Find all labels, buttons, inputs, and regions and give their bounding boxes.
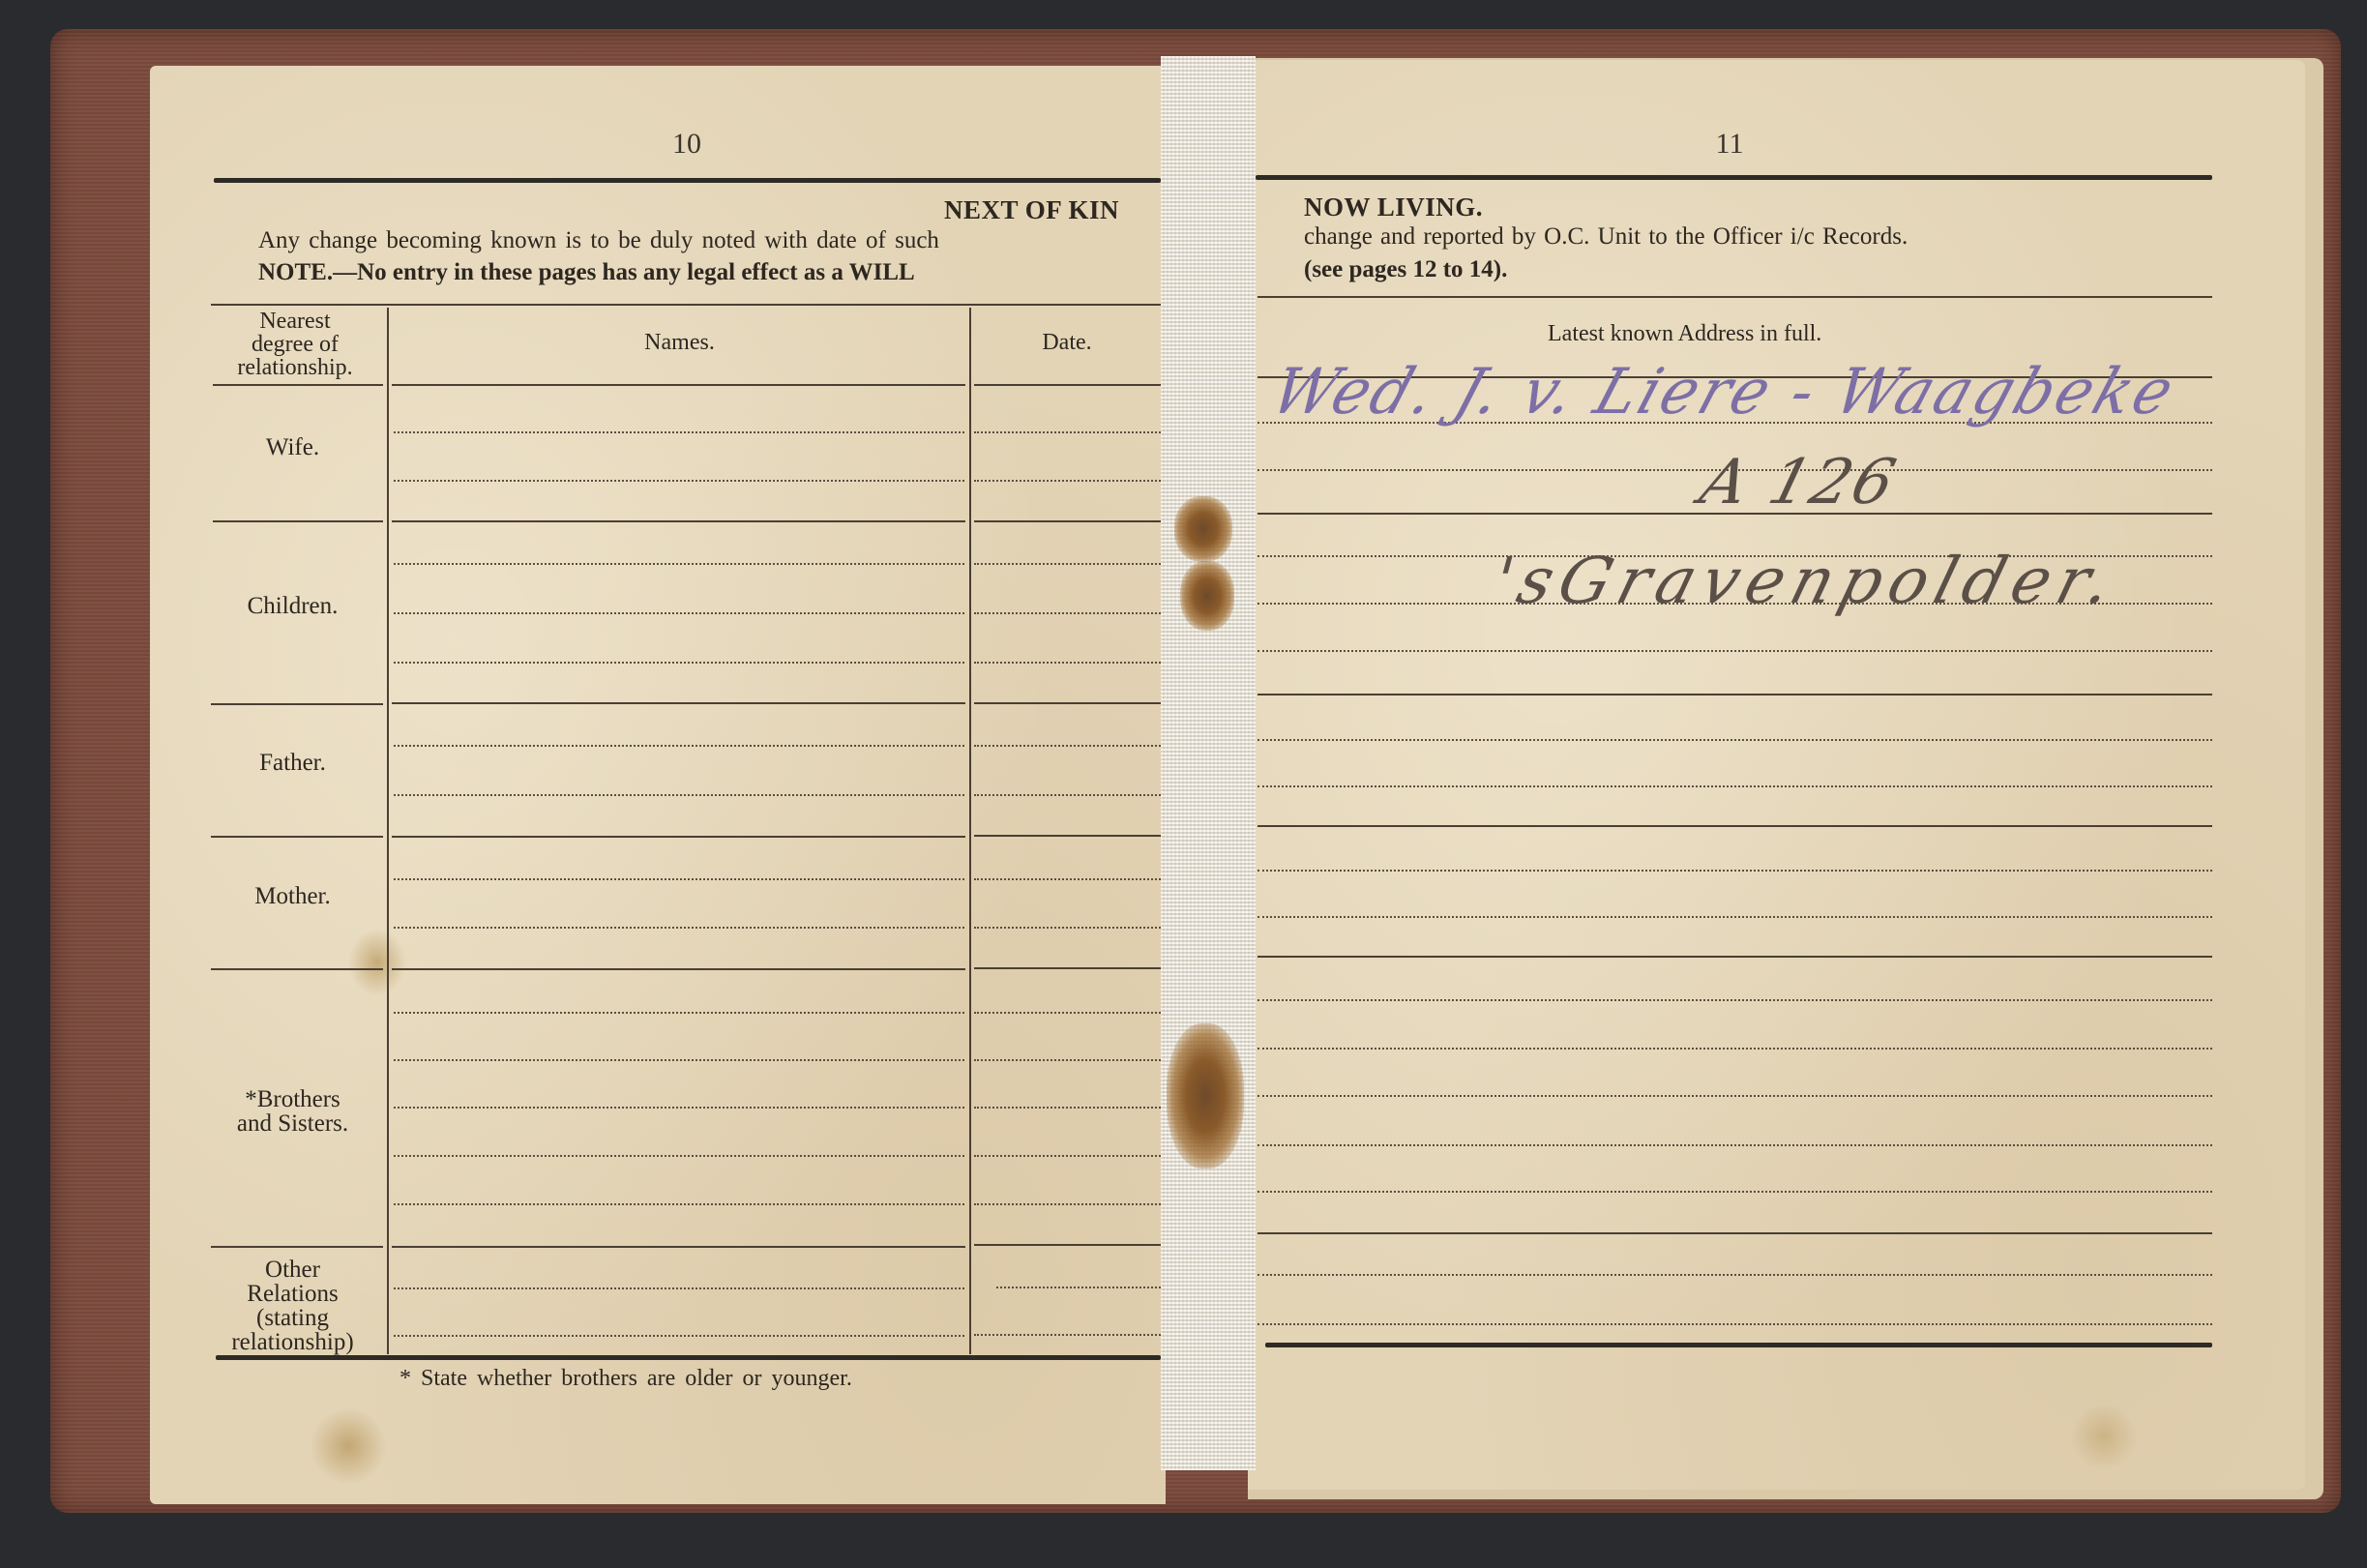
names-entry-line[interactable] bbox=[394, 1287, 964, 1289]
names-entry-line[interactable] bbox=[394, 1335, 964, 1337]
row-rule bbox=[392, 836, 965, 838]
foxing-stain bbox=[310, 1407, 387, 1485]
column-header-line: degree of bbox=[208, 333, 382, 356]
address-rule bbox=[1257, 825, 2212, 827]
date-entry-line[interactable] bbox=[974, 431, 1161, 433]
column-header-line: Nearest bbox=[208, 310, 382, 333]
row-rule bbox=[974, 702, 1161, 704]
date-entry-line[interactable] bbox=[974, 1107, 1161, 1109]
date-entry-line[interactable] bbox=[974, 612, 1161, 614]
instruction-text: Any change becoming known is to be duly … bbox=[258, 227, 939, 254]
address-bottom-rule-thick bbox=[1265, 1343, 2212, 1347]
names-entry-line[interactable] bbox=[394, 878, 964, 880]
date-entry-line[interactable] bbox=[974, 662, 1161, 664]
row-label-children: Children. bbox=[198, 594, 387, 618]
row-rule bbox=[213, 520, 383, 522]
row-label-line: relationship) bbox=[198, 1330, 387, 1354]
column-header-date: Date. bbox=[975, 331, 1159, 354]
heading-next-of-kin: NEXT OF KIN bbox=[944, 195, 1119, 225]
row-rule bbox=[211, 703, 383, 705]
row-rule bbox=[211, 968, 383, 970]
date-entry-line[interactable] bbox=[974, 1334, 1161, 1336]
row-rule bbox=[211, 836, 383, 838]
date-entry-line[interactable] bbox=[974, 745, 1161, 747]
names-entry-line[interactable] bbox=[394, 480, 964, 482]
names-entry-line[interactable] bbox=[394, 1012, 964, 1014]
address-entry-line[interactable] bbox=[1257, 916, 2212, 918]
address-entry-line[interactable] bbox=[1257, 785, 2212, 787]
see-pages-reference: (see pages 12 to 14). bbox=[1304, 256, 1507, 283]
date-entry-line[interactable] bbox=[974, 878, 1161, 880]
date-entry-line[interactable] bbox=[974, 563, 1161, 565]
foxing-stain bbox=[2070, 1403, 2138, 1470]
row-rule bbox=[974, 967, 1161, 969]
row-label-father: Father. bbox=[198, 751, 387, 775]
handwritten-address-line-2: A 126 bbox=[1693, 447, 1905, 518]
address-label: Latest known Address in full. bbox=[1548, 321, 1821, 347]
page-number-left: 10 bbox=[672, 128, 701, 161]
names-entry-line[interactable] bbox=[394, 563, 964, 565]
names-entry-line[interactable] bbox=[394, 745, 964, 747]
row-label-line: Other bbox=[198, 1257, 387, 1282]
row-label-mother: Mother. bbox=[198, 884, 387, 908]
row-rule bbox=[974, 384, 1161, 386]
header-rule-thin bbox=[1257, 296, 2212, 298]
instruction-text-continued: change and reported by O.C. Unit to the … bbox=[1304, 223, 1908, 251]
names-entry-line[interactable] bbox=[394, 612, 964, 614]
address-entry-line[interactable] bbox=[1257, 650, 2212, 652]
address-rule bbox=[1257, 956, 2212, 958]
row-rule bbox=[392, 968, 965, 970]
footnote-brothers: * State whether brothers are older or yo… bbox=[399, 1366, 852, 1392]
address-entry-line[interactable] bbox=[1257, 1274, 2212, 1276]
names-entry-line[interactable] bbox=[394, 1059, 964, 1061]
table-bottom-rule-thick bbox=[216, 1355, 1161, 1360]
column-divider-relationship bbox=[387, 308, 389, 1354]
names-entry-line[interactable] bbox=[394, 431, 964, 433]
row-label-line: and Sisters. bbox=[198, 1111, 387, 1136]
address-rule bbox=[1257, 1232, 2212, 1234]
row-label-other-relations: Other Relations (stating relationship) bbox=[198, 1257, 387, 1354]
date-entry-line[interactable] bbox=[974, 794, 1161, 796]
date-entry-line[interactable] bbox=[996, 1287, 1161, 1288]
heading-now-living: NOW LIVING. bbox=[1304, 192, 1483, 222]
date-entry-line[interactable] bbox=[974, 1203, 1161, 1205]
rust-stain bbox=[1167, 1023, 1244, 1169]
binding-tape bbox=[1161, 56, 1256, 1470]
address-entry-line[interactable] bbox=[1257, 1144, 2212, 1146]
names-entry-line[interactable] bbox=[394, 1107, 964, 1109]
handwritten-address-line-1: Wed. J. v. Liere - Waagbeke bbox=[1263, 354, 2186, 429]
date-entry-line[interactable] bbox=[974, 480, 1161, 482]
address-rule bbox=[1257, 694, 2212, 695]
date-entry-line[interactable] bbox=[974, 1059, 1161, 1061]
page-number-right: 11 bbox=[1716, 128, 1744, 161]
address-entry-line[interactable] bbox=[1257, 739, 2212, 741]
header-rule-thick bbox=[1256, 175, 2212, 180]
row-rule bbox=[213, 384, 383, 386]
names-entry-line[interactable] bbox=[394, 1155, 964, 1157]
date-entry-line[interactable] bbox=[974, 927, 1161, 929]
names-entry-line[interactable] bbox=[394, 927, 964, 929]
address-entry-line[interactable] bbox=[1257, 870, 2212, 872]
will-note-text: NOTE.—No entry in these pages has any le… bbox=[258, 259, 915, 286]
address-entry-line[interactable] bbox=[1257, 999, 2212, 1001]
column-header-line: relationship. bbox=[208, 356, 382, 379]
handwritten-address-line-3: 'sGravenpolder. bbox=[1485, 544, 2128, 618]
rust-stain bbox=[1174, 496, 1232, 562]
header-rule-thick bbox=[214, 178, 1161, 183]
names-entry-line[interactable] bbox=[394, 794, 964, 796]
row-label-line: *Brothers bbox=[198, 1087, 387, 1111]
header-rule-thin bbox=[211, 304, 1161, 306]
column-header-relationship: Nearest degree of relationship. bbox=[208, 310, 382, 379]
row-rule bbox=[211, 1246, 383, 1248]
row-rule bbox=[974, 1244, 1161, 1246]
row-label-brothers-sisters: *Brothers and Sisters. bbox=[198, 1087, 387, 1136]
column-header-names: Names. bbox=[392, 331, 967, 354]
date-entry-line[interactable] bbox=[974, 1012, 1161, 1014]
address-entry-line[interactable] bbox=[1257, 1048, 2212, 1050]
row-rule bbox=[974, 520, 1161, 522]
row-label-line: Relations bbox=[198, 1282, 387, 1306]
row-rule bbox=[392, 520, 965, 522]
row-rule bbox=[974, 835, 1161, 837]
address-entry-line[interactable] bbox=[1257, 1191, 2212, 1193]
row-rule bbox=[392, 702, 965, 704]
row-label-wife: Wife. bbox=[198, 435, 387, 459]
row-rule bbox=[392, 384, 965, 386]
address-entry-line[interactable] bbox=[1257, 1095, 2212, 1097]
rust-stain bbox=[1180, 561, 1234, 631]
names-entry-line[interactable] bbox=[394, 1203, 964, 1205]
foxing-stain bbox=[348, 929, 406, 996]
column-divider-date bbox=[969, 308, 971, 1354]
row-rule bbox=[392, 1246, 965, 1248]
names-entry-line[interactable] bbox=[394, 662, 964, 664]
row-label-line: (stating bbox=[198, 1306, 387, 1330]
date-entry-line[interactable] bbox=[974, 1155, 1161, 1157]
address-entry-line[interactable] bbox=[1257, 1323, 2212, 1325]
